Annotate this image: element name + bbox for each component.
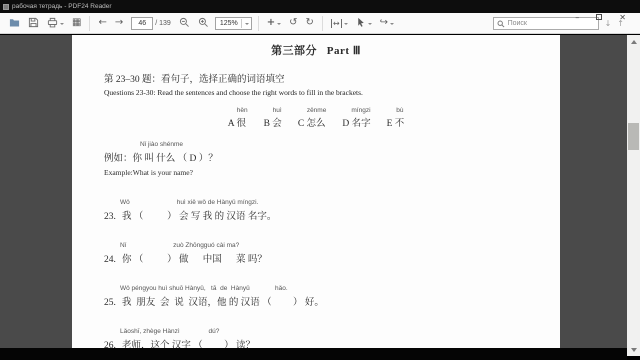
- example-block: Nǐ jiào shénme 例如：你 叫 什么 （ D ）？ Example:…: [104, 141, 560, 177]
- option-d: míngzi D 名字: [342, 107, 370, 129]
- caret-down-icon: [277, 23, 281, 27]
- question-23: Wǒ huì xiě wǒ de Hànyǔ míngzi. 23.我 （ ） …: [104, 199, 560, 222]
- scroll-down-button[interactable]: [627, 344, 640, 356]
- save-button[interactable]: [24, 15, 43, 32]
- toolbar-divider: [89, 16, 90, 31]
- example-english: Example:What is your name?: [104, 168, 560, 177]
- thumbnails-icon: ▦: [72, 18, 81, 28]
- question-pinyin: Wǒ huì xiě wǒ de Hànyǔ míngzi.: [104, 199, 560, 207]
- question-24: Nǐ zuò Zhōngguó cài ma? 24.你 （ ） 做 中国 菜 …: [104, 242, 560, 265]
- thumbnails-button[interactable]: ▦: [68, 15, 85, 32]
- question-text: 我 朋友 会 说 汉语，他 的 汉语 （ ） 好。: [122, 298, 324, 308]
- zoom-level-value: 125%: [220, 20, 238, 27]
- option-label: E 不: [387, 115, 405, 129]
- minimize-button[interactable]: –: [575, 14, 579, 22]
- question-number: 23.: [104, 212, 122, 222]
- back-arrow-icon: ←: [98, 18, 106, 28]
- pan-move-icon: +: [267, 18, 275, 28]
- option-label: B 会: [264, 115, 282, 129]
- share-arrow-icon: ↪: [380, 18, 388, 28]
- zoom-in-icon: [198, 16, 209, 31]
- option-label: C 怎么: [298, 115, 327, 129]
- fit-width-icon: ↔: [331, 19, 342, 28]
- open-file-button[interactable]: [5, 15, 24, 32]
- question-pinyin: Nǐ zuò Zhōngguó cài ma?: [104, 242, 560, 250]
- option-pinyin: bù: [387, 107, 405, 115]
- save-floppy-icon: [28, 16, 39, 31]
- rotate-right-icon: ↻: [306, 18, 314, 28]
- titlebar: рабочая тетрадь - PDF24 Reader: [0, 0, 640, 13]
- previous-page-button[interactable]: ←: [94, 15, 110, 32]
- arrow-up-icon: [631, 37, 637, 44]
- screen-bottom-edge: [0, 348, 627, 360]
- window-title: рабочая тетрадь - PDF24 Reader: [12, 3, 112, 10]
- question-text: 老师，这个 汉字 （ ） 读？: [122, 341, 255, 348]
- question-number: 26.: [104, 341, 122, 348]
- option-a: hěn A 很: [228, 107, 248, 129]
- section-title: 第三部分 Part Ⅲ: [72, 42, 560, 58]
- maximize-button[interactable]: [596, 14, 602, 22]
- question-25: Wǒ péngyou huì shuō Hànyǔ, tā de Hànyǔ h…: [104, 285, 560, 308]
- example-pinyin: Nǐ jiào shénme: [104, 141, 560, 149]
- pdf-page: 第三部分 Part Ⅲ 第 23–30 题：看句子，选择正确的词语填空 Ques…: [72, 35, 560, 348]
- question-26: Lǎoshī, zhège Hànzì dú? 26.老师，这个 汉字 （ ） …: [104, 328, 560, 348]
- option-pinyin: míngzi: [342, 107, 370, 115]
- share-button[interactable]: ↪: [376, 15, 398, 32]
- option-pinyin: hěn: [228, 107, 248, 115]
- zoom-in-button[interactable]: [194, 15, 213, 32]
- select-tool-button[interactable]: [352, 15, 376, 32]
- option-e: bù E 不: [387, 107, 405, 129]
- forward-arrow-icon: →: [115, 18, 123, 28]
- question-text: 你 （ ） 做 中国 菜 吗？: [122, 255, 267, 265]
- zoom-out-button[interactable]: [175, 15, 194, 32]
- option-pinyin: huì: [264, 107, 282, 115]
- pan-tool-button[interactable]: +: [263, 15, 285, 32]
- answer-options: hěn A 很 huì B 会 zěnme C 怎么 míngzi D 名字 b…: [72, 107, 560, 129]
- zoom-level-select[interactable]: 125%: [215, 17, 252, 30]
- pdf24-reader-window: рабочая тетрадь - PDF24 Reader – ✕ ▦: [0, 0, 640, 360]
- open-folder-icon: [9, 16, 20, 31]
- vertical-scrollbar[interactable]: [627, 35, 640, 356]
- close-button[interactable]: ✕: [619, 14, 626, 22]
- scrollbar-thumb[interactable]: [628, 123, 639, 150]
- question-text: 我 （ ） 会 写 我 的 汉语 名字。: [122, 212, 276, 222]
- rotate-left-button[interactable]: ↺: [285, 15, 301, 32]
- arrow-down-icon: [631, 348, 637, 355]
- caret-down-icon: [245, 23, 249, 27]
- question-number: 24.: [104, 255, 122, 265]
- scroll-up-button[interactable]: [627, 35, 640, 47]
- cursor-pointer-icon: [356, 16, 366, 31]
- app-icon: [3, 4, 9, 10]
- example-chinese: 例如：你 叫 什么 （ D ）？: [104, 150, 560, 164]
- window-controls: – ✕: [575, 13, 626, 22]
- caret-down-icon: [368, 23, 372, 27]
- toolbar-divider: [258, 16, 259, 31]
- instruction-english: Questions 23-30: Read the sentences and …: [104, 88, 560, 97]
- rotate-right-button[interactable]: ↻: [302, 15, 318, 32]
- question-pinyin: Wǒ péngyou huì shuō Hànyǔ, tā de Hànyǔ h…: [104, 285, 560, 293]
- printer-icon: [47, 16, 58, 31]
- instruction-chinese: 第 23–30 题：看句子，选择正确的词语填空: [104, 71, 560, 85]
- option-c: zěnme C 怎么: [298, 107, 327, 129]
- caret-down-icon: [344, 23, 348, 27]
- option-label: D 名字: [342, 115, 370, 129]
- option-label: A 很: [228, 115, 248, 129]
- option-pinyin: zěnme: [298, 107, 327, 115]
- page-number-input[interactable]: [131, 17, 153, 30]
- document-viewer: 第三部分 Part Ⅲ 第 23–30 题：看句子，选择正确的词语填空 Ques…: [0, 35, 640, 348]
- print-button[interactable]: [43, 15, 68, 32]
- zoom-out-icon: [179, 16, 190, 31]
- question-number: 25.: [104, 298, 122, 308]
- rotate-left-icon: ↺: [289, 18, 297, 28]
- page-count-label: / 139: [155, 20, 171, 27]
- maximize-icon: [596, 14, 602, 20]
- zoom-select-divider: [241, 19, 242, 28]
- caret-down-icon: [390, 23, 394, 27]
- fit-width-button[interactable]: ↔: [327, 15, 352, 32]
- question-pinyin: Lǎoshī, zhège Hànzì dú?: [104, 328, 560, 336]
- next-page-button[interactable]: →: [111, 15, 127, 32]
- toolbar-divider: [322, 16, 323, 31]
- option-b: huì B 会: [264, 107, 282, 129]
- search-icon: [497, 15, 505, 33]
- caret-down-icon: [60, 23, 64, 27]
